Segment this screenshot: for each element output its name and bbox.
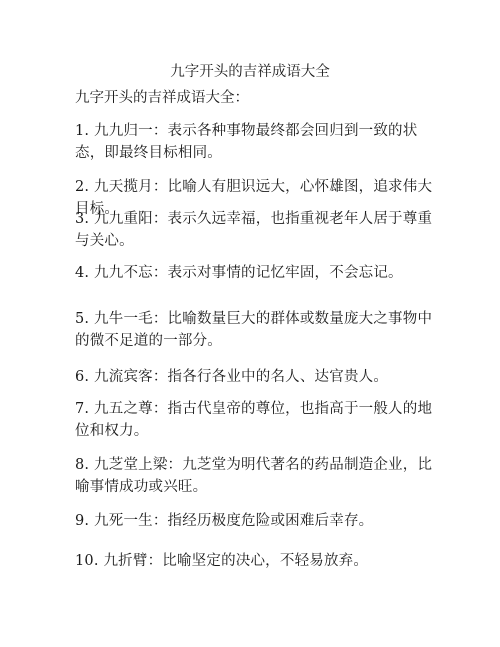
list-item: 4. 九九不忘：表示对事情的记忆牢固，不会忘记。 — [75, 262, 437, 284]
list-item: 7. 九五之尊：指古代皇帝的尊位，也指高于一般人的地位和权力。 — [75, 398, 437, 442]
list-item: 10. 九折臂：比喻坚定的决心，不轻易放弃。 — [75, 550, 437, 572]
list-item: 3. 九九重阳：表示久远幸福，也指重视老年人居于尊重与关心。 — [75, 208, 437, 252]
document-title: 九字开头的吉祥成语大全 — [0, 62, 500, 82]
document-page: 九字开头的吉祥成语大全 九字开头的吉祥成语大全： 1. 九九归一：表示各种事物最… — [0, 0, 500, 647]
list-item: 8. 九芝堂上梁：九芝堂为明代著名的药品制造企业，比喻事情成功或兴旺。 — [75, 454, 437, 498]
list-item: 1. 九九归一：表示各种事物最终都会回归到一致的状态，即最终目标相同。 — [75, 120, 437, 164]
list-item: 5. 九牛一毛：比喻数量巨大的群体或数量庞大之事物中的微不足道的一部分。 — [75, 308, 437, 352]
list-item: 6. 九流宾客：指各行各业中的名人、达官贵人。 — [75, 366, 437, 388]
list-item: 9. 九死一生：指经历极度危险或困难后幸存。 — [75, 510, 437, 532]
section-heading: 九字开头的吉祥成语大全： — [75, 88, 249, 108]
